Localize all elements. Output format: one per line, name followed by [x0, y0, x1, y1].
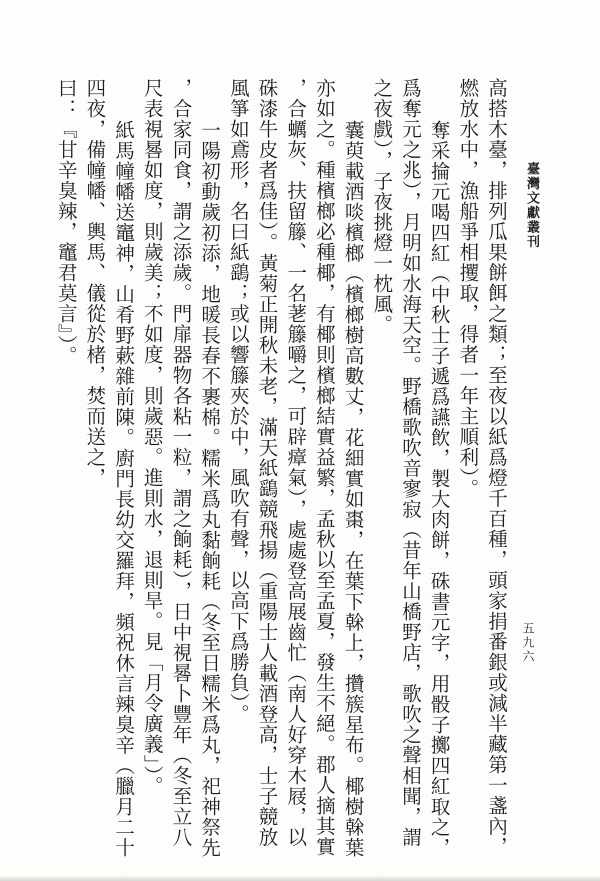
text-column: 硃漆牛皮者爲佳）。黃菊正開秋未老，滿天紙鷂競飛揚（重陽士人載酒登高，士子競放	[252, 0, 281, 881]
text-column: 燃放水中，漁船爭相攫取，得者一年主順利）。	[453, 0, 482, 881]
text-column: 曰：『甘辛臭辣，竈君莫言』）。	[51, 0, 80, 881]
text-column: 亦如之。種檳榔必種椰，有椰則檳榔結實益繁，孟秋以至孟夏，發生不絕。郡人摘其實	[309, 0, 338, 881]
text-column-poem-start: 奪采掄元喝四紅（中秋士子遞爲讌飲，製大肉餅，硃書元字，用骰子擲四紅取之，	[424, 0, 453, 881]
text-column: 高搭木臺，排列瓜果餅餌之類；至夜以紙爲燈千百種，頭家捐番銀或減半藏第一盞內，	[481, 0, 510, 881]
text-column-poem-start: 一陽初動歲初添，地暖長春不裹棉。糯米爲丸黏餉耗（冬至日糯米爲丸，祀神祭先	[194, 0, 223, 881]
text-column: 風箏如鳶形，名曰紙鷂；或以響籐夾於中，風吹有聲，以高下爲勝負）。	[223, 0, 252, 881]
scanned-book-page: 臺灣文獻叢刊 五九六 高搭木臺，排列瓜果餅餌之類；至夜以紙爲燈千百種，頭家捐番銀…	[0, 0, 600, 881]
scan-edge-shadow	[0, 875, 600, 881]
text-column: 爲奪元之兆），月明如水海天空。野橋歌吹音寥寂（昔年山橋野店，歌吹之聲相聞，謂	[395, 0, 424, 881]
text-column: ，合蠣灰、扶留籐、一名荖籐嚼之，可辟瘴氣），處處登高展齒忙（南人好穿木屐，以	[281, 0, 310, 881]
vertical-text-body: 高搭木臺，排列瓜果餅餌之類；至夜以紙爲燈千百種，頭家捐番銀或減半藏第一盞內， 燃…	[51, 0, 510, 881]
text-column: 尺表視晷如度，則歲美；不如度，則歲惡。進則水，退則旱。見「月令廣義」）。	[137, 0, 166, 881]
text-column: 四夜，備幢幡、輿馬、儀從於楮，焚而送之，	[80, 0, 109, 881]
text-column-poem-start: 紙馬幢幡送竈神，山肴野蔌雜前陳。廚門長幼交羅拜，頻祝休言辣臭辛（臘月二十	[108, 0, 137, 881]
text-column-poem-start: 囊萸載酒啖檳榔（檳榔樹高數丈，花細實如棗，在葉下榦上，攢簇星布。椰樹榦葉	[338, 0, 367, 881]
page-number: 五九六	[520, 622, 537, 664]
series-title-running-head: 臺灣文獻叢刊	[522, 162, 541, 249]
text-column: 之夜戲），子夜挑燈一枕風。	[367, 0, 396, 881]
text-column: ，合家同食，謂之添歲。門扉器物各粘一粒，謂之餉耗），日中視晷卜豐年（冬至立八	[166, 0, 195, 881]
